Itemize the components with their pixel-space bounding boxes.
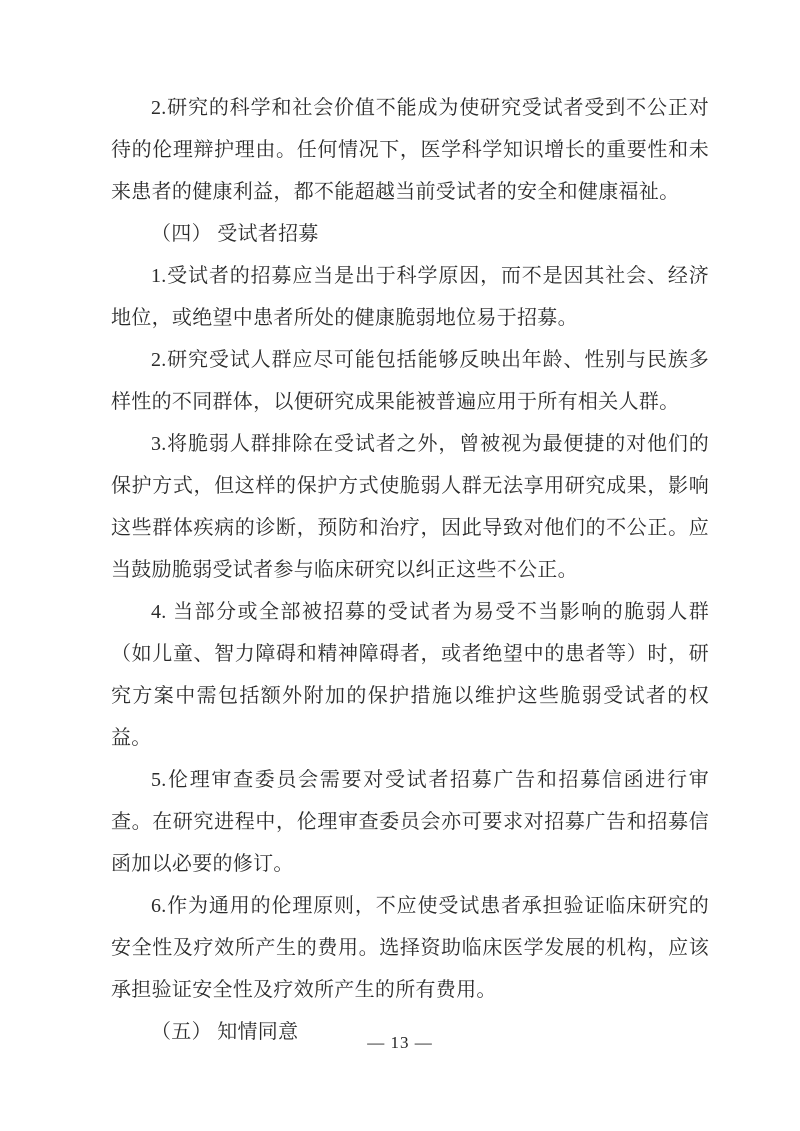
page-number: — 13 — [0, 1033, 800, 1053]
paragraph-vulnerable-groups-inclusion: 3.将脆弱人群排除在受试者之外，曾被视为最便捷的对他们的保护方式，但这样的保护方… [111, 423, 709, 591]
page-body: 2.研究的科学和社会价值不能成为使研究受试者受到不公正对待的伦理辩护理由。任何情… [111, 87, 709, 1053]
paragraph-population-diversity: 2.研究受试人群应尽可能包括能够反映出年龄、性别与民族多样性的不同群体，以便研究… [111, 339, 709, 423]
paragraph-recruitment-scientific-reason: 1.受试者的招募应当是出于科学原因，而不是因其社会、经济地位，或绝望中患者所处的… [111, 255, 709, 339]
paragraph-ethics-committee-review: 5.伦理审查委员会需要对受试者招募广告和招募信函进行审查。在研究进程中，伦理审查… [111, 759, 709, 885]
section-heading-subject-recruitment: （四） 受试者招募 [111, 213, 709, 255]
paragraph-vulnerable-protection-measures: 4. 当部分或全部被招募的受试者为易受不当影响的脆弱人群（如儿童、智力障碍和精神… [111, 591, 709, 759]
paragraph-cost-responsibility: 6.作为通用的伦理原则，不应使受试患者承担验证临床研究的安全性及疗效所产生的费用… [111, 885, 709, 1011]
paragraph-ethics-justification: 2.研究的科学和社会价值不能成为使研究受试者受到不公正对待的伦理辩护理由。任何情… [111, 87, 709, 213]
document-page: 2.研究的科学和社会价值不能成为使研究受试者受到不公正对待的伦理辩护理由。任何情… [0, 0, 800, 1131]
